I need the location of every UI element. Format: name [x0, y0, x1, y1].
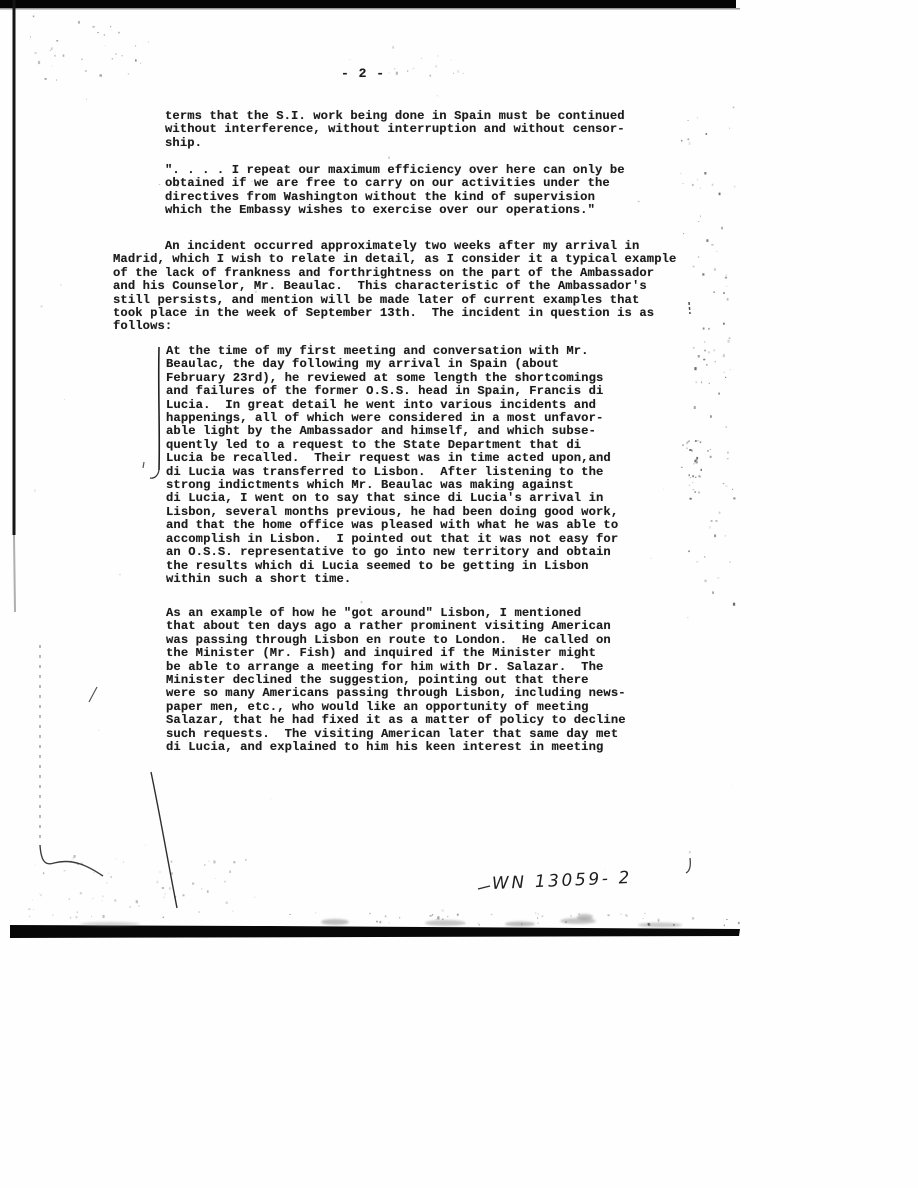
typed-paragraph-incident: An incident occurred approximately two w… — [113, 240, 676, 334]
typed-block-got-around-lisbon: As an example of how he "got around" Lis… — [166, 607, 626, 754]
typed-quote-si-work: terms that the S.I. work being done in S… — [165, 110, 625, 150]
scanned-document-page: - 2 - terms that the S.I. work being don… — [0, 0, 918, 1188]
typed-quote-efficiency: ". . . . I repeat our maximum efficiency… — [165, 164, 625, 218]
page-number: - 2 - — [341, 67, 385, 80]
typed-block-meeting-beaulac: At the time of my first meeting and conv… — [166, 345, 618, 586]
